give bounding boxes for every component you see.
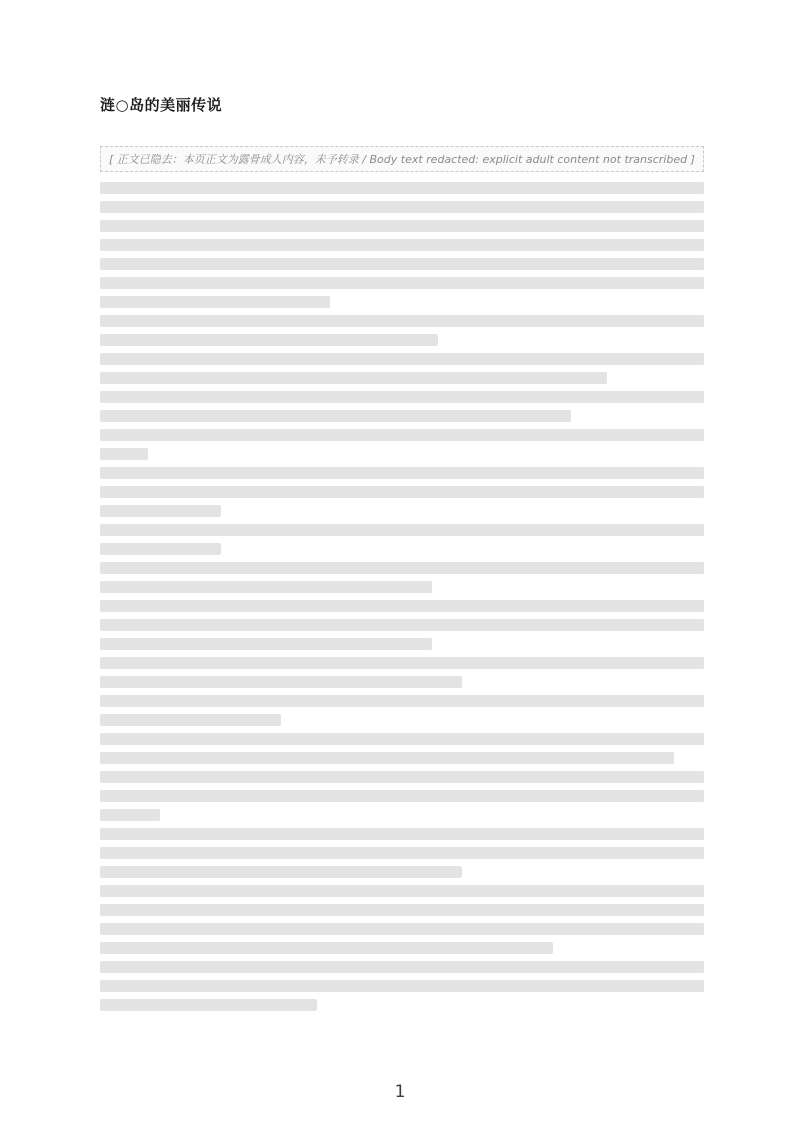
redacted-text-line	[100, 923, 704, 935]
page-number: 1	[0, 1082, 800, 1102]
redacted-text-line	[100, 676, 462, 688]
document-page: 涟○岛的美丽传说 [ 正文已隐去：本页正文为露骨成人内容，未予转录 / Body…	[0, 0, 800, 1131]
redacted-text-line	[100, 885, 704, 897]
redacted-text-line	[100, 562, 704, 574]
redacted-text-line	[100, 543, 221, 555]
redacted-text-line	[100, 752, 674, 764]
redacted-text-line	[100, 467, 704, 479]
redacted-text-line	[100, 980, 704, 992]
redacted-text-line	[100, 220, 704, 232]
redacted-text-line	[100, 790, 704, 802]
redacted-text-line	[100, 201, 704, 213]
redacted-text-line	[100, 638, 432, 650]
redacted-text-line	[100, 828, 704, 840]
body-text-block: [ 正文已隐去：本页正文为露骨成人内容，未予转录 / Body text red…	[100, 146, 704, 1018]
redacted-text-line	[100, 505, 221, 517]
redacted-text-line	[100, 334, 438, 346]
redacted-text-line	[100, 372, 607, 384]
redacted-text-line	[100, 581, 432, 593]
redacted-text-line	[100, 695, 704, 707]
redacted-text-line	[100, 619, 704, 631]
redacted-text-line	[100, 942, 553, 954]
redacted-text-line	[100, 239, 704, 251]
redacted-text-line	[100, 277, 704, 289]
redacted-text-line	[100, 904, 704, 916]
redacted-text-line	[100, 524, 704, 536]
redacted-text-line	[100, 410, 571, 422]
redacted-text-line	[100, 809, 160, 821]
redacted-text-line	[100, 714, 281, 726]
redacted-text-line	[100, 353, 704, 365]
redacted-text-line	[100, 448, 148, 460]
redacted-text-line	[100, 258, 704, 270]
redaction-notice: [ 正文已隐去：本页正文为露骨成人内容，未予转录 / Body text red…	[100, 146, 704, 172]
redacted-paragraphs	[100, 182, 704, 1011]
redacted-text-line	[100, 771, 704, 783]
redacted-text-line	[100, 733, 704, 745]
redacted-text-line	[100, 847, 704, 859]
page-title: 涟○岛的美丽传说	[100, 94, 222, 115]
redacted-text-line	[100, 429, 704, 441]
redacted-text-line	[100, 866, 462, 878]
redacted-text-line	[100, 315, 704, 327]
redacted-text-line	[100, 182, 704, 194]
redacted-text-line	[100, 657, 704, 669]
redacted-text-line	[100, 391, 704, 403]
redacted-text-line	[100, 999, 317, 1011]
redacted-text-line	[100, 600, 704, 612]
redacted-text-line	[100, 296, 330, 308]
redacted-text-line	[100, 486, 704, 498]
redacted-text-line	[100, 961, 704, 973]
